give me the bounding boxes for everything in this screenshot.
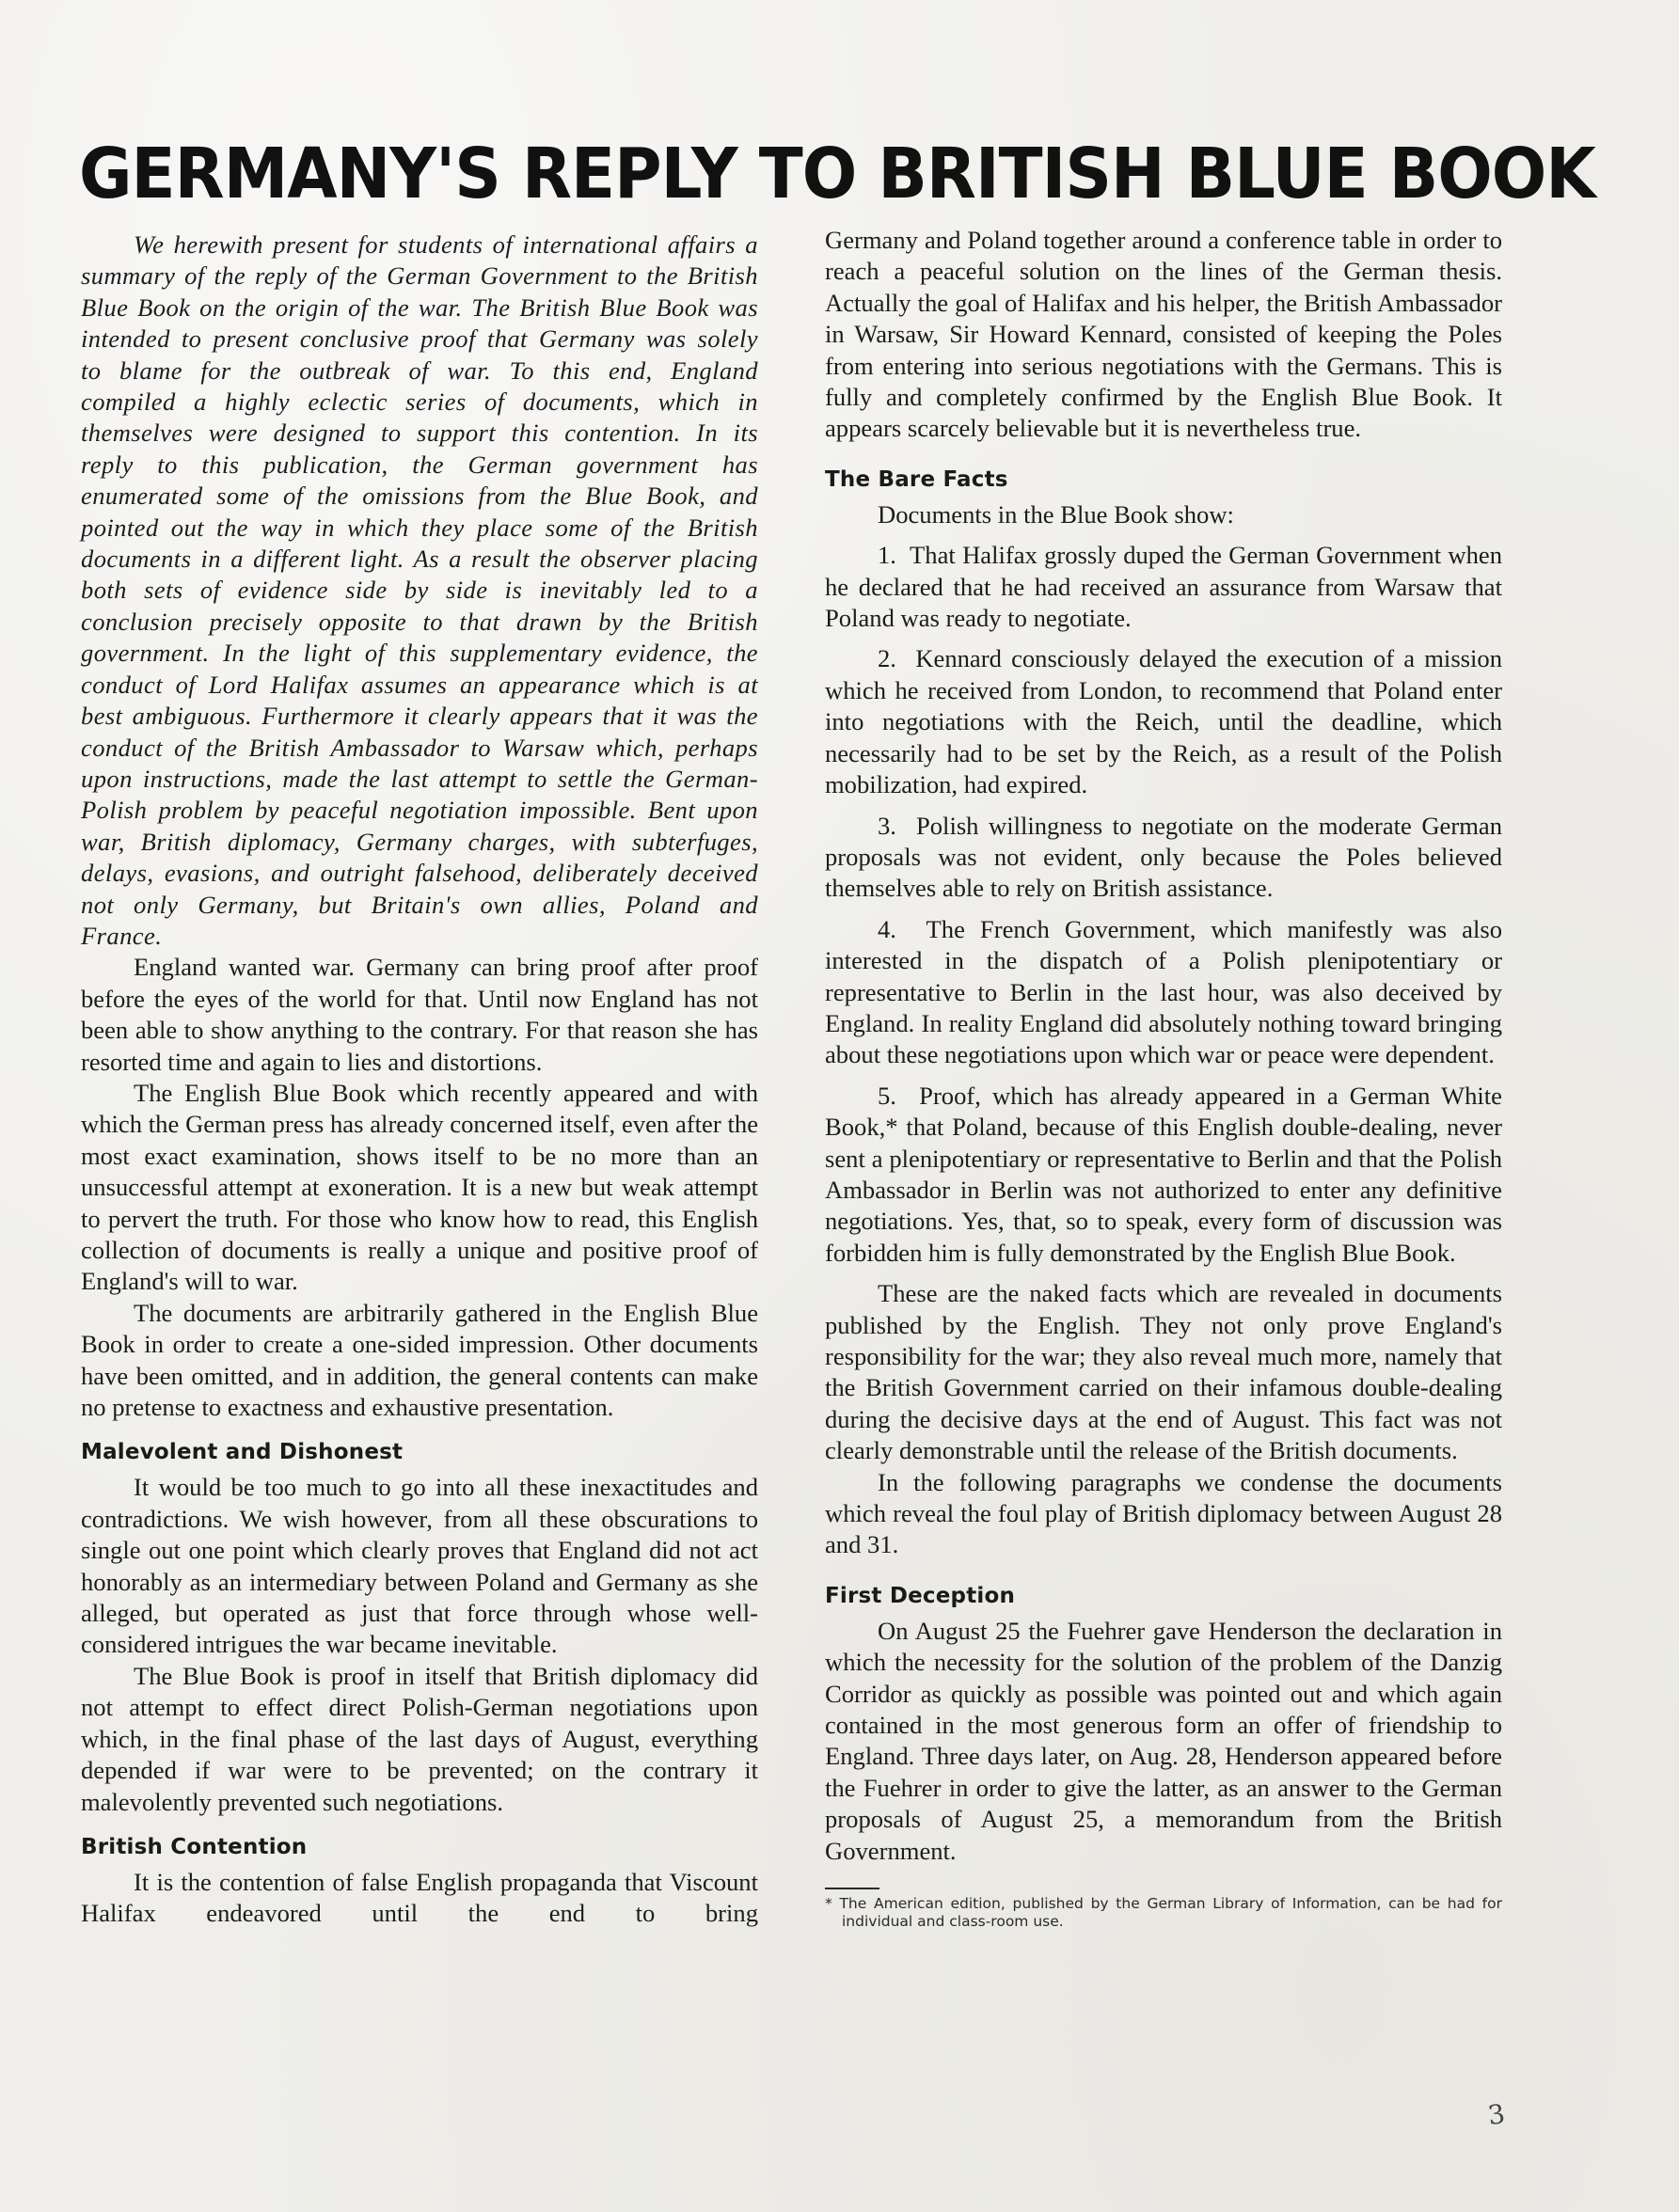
section-heading-first-deception: First Deception xyxy=(825,1582,1502,1610)
section-heading-bare-facts: The Bare Facts xyxy=(825,466,1502,494)
item-number: 5. xyxy=(878,1082,896,1110)
footnote-divider xyxy=(825,1888,879,1889)
numbered-item: 3. Polish willingness to negotiate on th… xyxy=(825,811,1502,905)
right-column: Germany and Poland together around a con… xyxy=(825,225,1502,1931)
item-text: Proof, which has already appeared in a G… xyxy=(825,1082,1502,1267)
body-paragraph: It is the contention of false English pr… xyxy=(81,1867,758,1930)
section-heading-british-contention: British Contention xyxy=(81,1833,758,1861)
item-text: Kennard consciously delayed the executio… xyxy=(825,644,1502,798)
body-paragraph: These are the naked facts which are reve… xyxy=(825,1278,1502,1466)
section-heading-malevolent: Malevolent and Dishonest xyxy=(81,1438,758,1466)
body-paragraph: On August 25 the Fuehrer gave Henderson … xyxy=(825,1616,1502,1867)
body-paragraph: The English Blue Book which recently app… xyxy=(81,1078,758,1298)
item-number: 4. xyxy=(878,915,896,943)
body-paragraph: The documents are arbitrarily gathered i… xyxy=(81,1298,758,1424)
item-number: 1. xyxy=(878,541,896,569)
numbered-item: 5. Proof, which has already appeared in … xyxy=(825,1081,1502,1269)
intro-paragraph: We herewith present for students of inte… xyxy=(81,229,758,952)
item-text: That Halifax grossly duped the German Go… xyxy=(825,541,1502,632)
numbered-item: 2. Kennard consciously delayed the execu… xyxy=(825,643,1502,800)
left-column: We herewith present for students of inte… xyxy=(81,229,758,1930)
list-lead: Documents in the Blue Book show: xyxy=(825,499,1502,530)
body-paragraph: England wanted war. Germany can bring pr… xyxy=(81,952,758,1078)
numbered-item: 4. The French Government, which manifest… xyxy=(825,914,1502,1071)
page-title: GERMANY'S REPLY TO BRITISH BLUE BOOK xyxy=(79,132,1400,216)
document-page: GERMANY'S REPLY TO BRITISH BLUE BOOK We … xyxy=(0,0,1679,2212)
body-paragraph: In the following paragraphs we condense … xyxy=(825,1467,1502,1561)
numbered-item: 1. That Halifax grossly duped the German… xyxy=(825,540,1502,634)
page-number: 3 xyxy=(1486,2098,1507,2131)
body-paragraph: It would be too much to go into all thes… xyxy=(81,1472,758,1660)
body-paragraph: The Blue Book is proof in itself that Br… xyxy=(81,1661,758,1818)
item-text: The French Government, which manifestly … xyxy=(825,915,1502,1069)
footnote: * The American edition, published by the… xyxy=(825,1895,1502,1931)
continuation-paragraph: Germany and Poland together around a con… xyxy=(825,225,1502,445)
item-text: Polish willingness to negotiate on the m… xyxy=(825,812,1502,903)
item-number: 2. xyxy=(878,644,896,672)
item-number: 3. xyxy=(878,812,896,840)
